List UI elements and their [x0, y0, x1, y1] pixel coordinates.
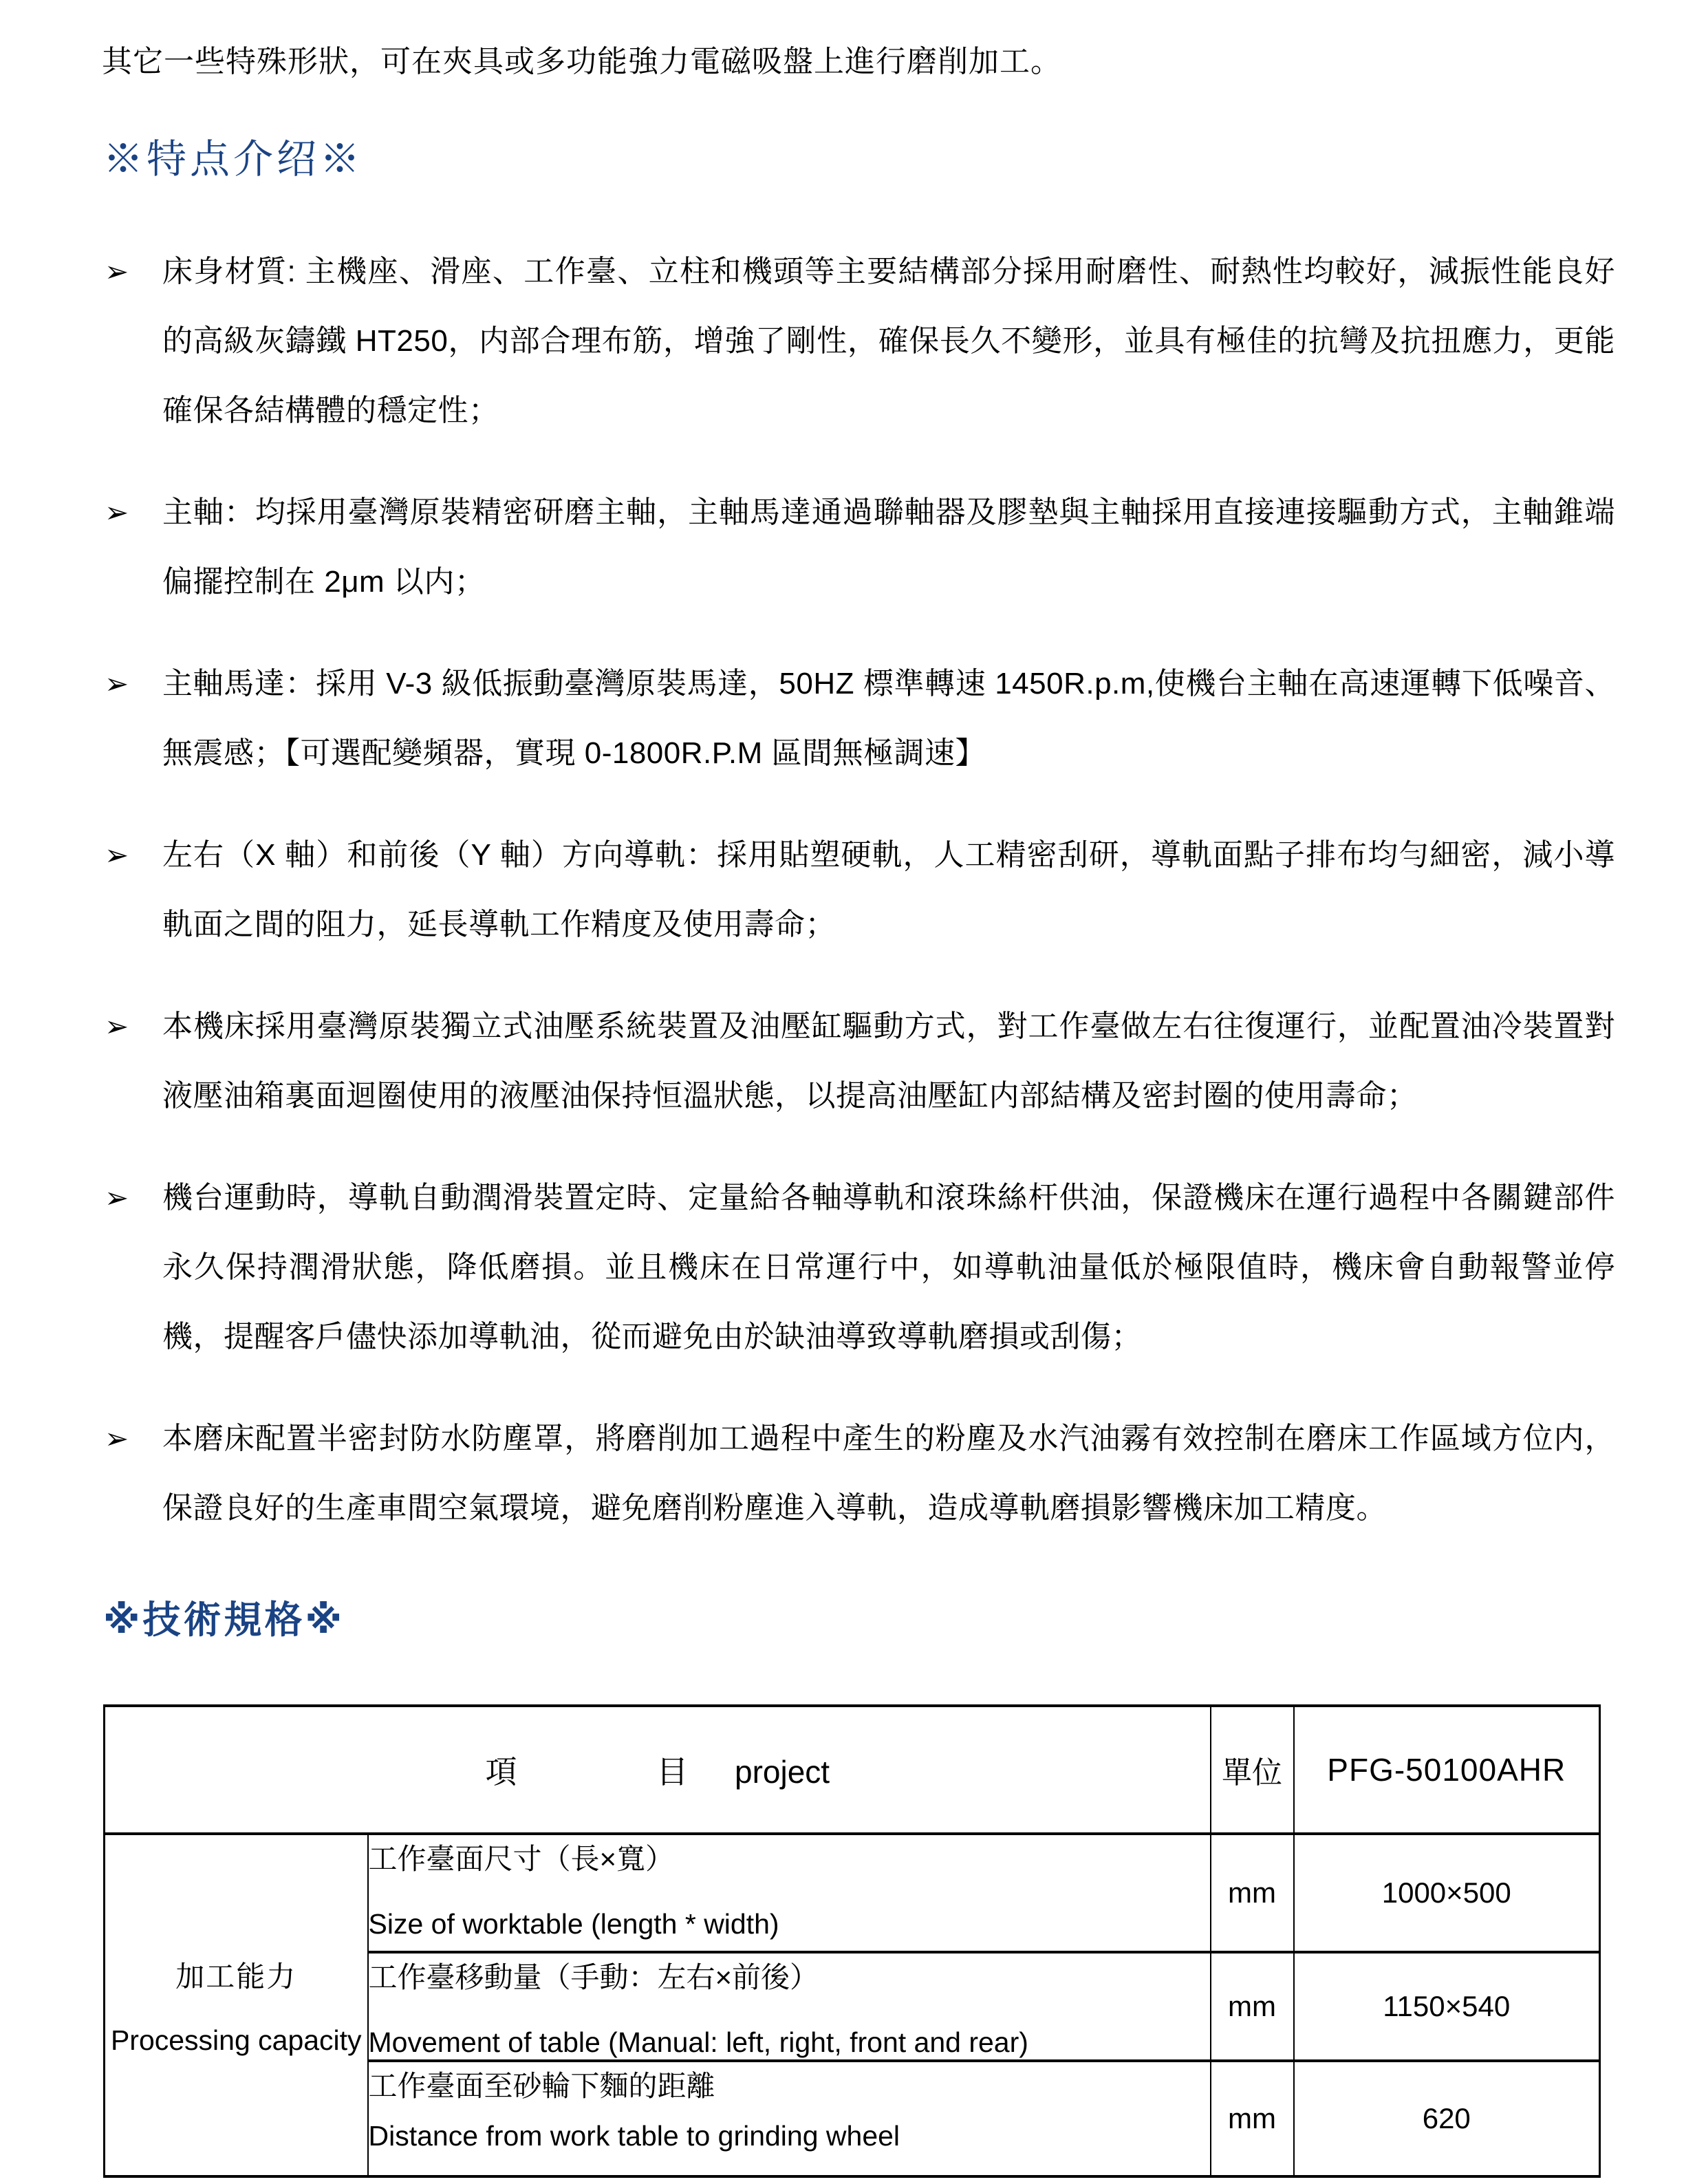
item-column-header: 項 目 project — [105, 1706, 1211, 1834]
feature-text: 本機床採用臺灣原裝獨立式油壓系統裝置及油壓缸驅動方式，對工作臺做左右往復運行，並… — [162, 1009, 1615, 1113]
feature-item: ➢ 本機床採用臺灣原裝獨立式油壓系統裝置及油壓缸驅動方式，對工作臺做左右往復運行… — [105, 992, 1615, 1131]
arrow-bullet-icon: ➢ — [105, 649, 129, 718]
intro-paragraph: 其它一些特殊形狀，可在夾具或多功能強力電磁吸盤上進行磨削加工。 — [102, 40, 1629, 84]
spec-name-cell: 工作臺面至砂輪下麵的距離 Distance from work table to… — [368, 2061, 1211, 2176]
item-header-zh-right: 目 — [656, 1754, 688, 1790]
spec-value-cell: 1150×540 — [1294, 1952, 1600, 2061]
spec-name-zh: 工作臺移動量（手動：左右×前後） — [369, 1955, 1210, 1996]
arrow-bullet-icon: ➢ — [105, 237, 129, 306]
arrow-bullet-icon: ➢ — [105, 1404, 129, 1473]
feature-item: ➢ 床身材質: 主機座、滑座、工作臺、立柱和機頭等主要結構部分採用耐磨性、耐熱性… — [105, 237, 1615, 445]
arrow-bullet-icon: ➢ — [105, 1163, 129, 1232]
spec-name-en: Distance from work table to grinding whe… — [369, 2120, 1210, 2152]
spec-name-en: Movement of table (Manual: left, right, … — [369, 2026, 1210, 2059]
group-label-zh: 加工能力 — [105, 1954, 367, 1995]
arrow-bullet-icon: ➢ — [105, 820, 129, 890]
spec-unit-cell: mm — [1211, 1952, 1294, 2061]
feature-text: 左右（X 軸）和前後（Y 軸）方向導軌：採用貼塑硬軌，人工精密刮研，導軌面點子排… — [162, 838, 1615, 941]
item-header-en: project — [735, 1754, 830, 1790]
feature-text: 主軸：均採用臺灣原裝精密研磨主軸，主軸馬達通過聯軸器及膠墊與主軸採用直接連接驅動… — [162, 495, 1615, 599]
group-label-en: Processing capacity — [105, 2024, 367, 2057]
item-header-zh-left: 項 — [485, 1754, 517, 1790]
spec-unit-cell: mm — [1211, 2061, 1294, 2176]
feature-text: 本磨床配置半密封防水防塵罩，將磨削加工過程中產生的粉塵及水汽油霧有效控制在磨床工… — [162, 1422, 1615, 1525]
arrow-bullet-icon: ➢ — [105, 478, 129, 547]
arrow-bullet-icon: ➢ — [105, 992, 129, 1061]
spec-table: 項 目 project 單位 PFG-50100AHR 加工能力 Process… — [103, 1704, 1601, 2178]
feature-item: ➢ 機台運動時，導軌自動潤滑裝置定時、定量給各軸導軌和滾珠絲杆供油，保證機床在運… — [105, 1163, 1615, 1371]
feature-text: 主軸馬達：採用 V-3 級低振動臺灣原裝馬達，50HZ 標準轉速 1450R.p… — [162, 667, 1615, 770]
processing-capacity-group-cell: 加工能力 Processing capacity — [105, 1834, 368, 2176]
features-list: ➢ 床身材質: 主機座、滑座、工作臺、立柱和機頭等主要結構部分採用耐磨性、耐熱性… — [105, 237, 1615, 1575]
specs-heading: ※技術規格※ — [103, 1589, 345, 1644]
feature-item: ➢ 主軸馬達：採用 V-3 級低振動臺灣原裝馬達，50HZ 標準轉速 1450R… — [105, 649, 1615, 788]
spec-unit-cell: mm — [1211, 1834, 1294, 1952]
feature-item: ➢ 左右（X 軸）和前後（Y 軸）方向導軌：採用貼塑硬軌，人工精密刮研，導軌面點… — [105, 820, 1615, 959]
spec-name-zh: 工作臺面尺寸（長×寬） — [369, 1837, 1210, 1878]
unit-column-header: 單位 — [1211, 1706, 1294, 1834]
spec-value-cell: 620 — [1294, 2061, 1600, 2176]
spec-table-header-row: 項 目 project 單位 PFG-50100AHR — [105, 1706, 1600, 1834]
model-column-header: PFG-50100AHR — [1294, 1706, 1600, 1834]
spec-row: 加工能力 Processing capacity 工作臺面尺寸（長×寬） Siz… — [105, 1834, 1600, 1952]
feature-text: 床身材質: 主機座、滑座、工作臺、立柱和機頭等主要結構部分採用耐磨性、耐熱性均較… — [162, 255, 1615, 427]
spec-name-cell: 工作臺移動量（手動：左右×前後） Movement of table (Manu… — [368, 1952, 1211, 2061]
spec-name-en: Size of worktable (length * width) — [369, 1908, 1210, 1940]
feature-text: 機台運動時，導軌自動潤滑裝置定時、定量給各軸導軌和滾珠絲杆供油，保證機床在運行過… — [162, 1181, 1615, 1353]
spec-value-cell: 1000×500 — [1294, 1834, 1600, 1952]
feature-item: ➢ 本磨床配置半密封防水防塵罩，將磨削加工過程中產生的粉塵及水汽油霧有效控制在磨… — [105, 1404, 1615, 1543]
features-heading: ※特点介绍※ — [103, 127, 363, 184]
spec-name-zh: 工作臺面至砂輪下麵的距離 — [369, 2064, 1210, 2105]
feature-item: ➢ 主軸：均採用臺灣原裝精密研磨主軸，主軸馬達通過聯軸器及膠墊與主軸採用直接連接… — [105, 478, 1615, 617]
spec-name-cell: 工作臺面尺寸（長×寬） Size of worktable (length * … — [368, 1834, 1211, 1952]
